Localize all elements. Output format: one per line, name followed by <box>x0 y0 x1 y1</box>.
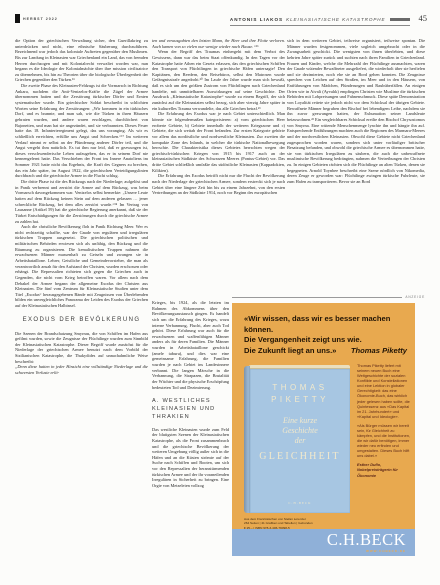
divider-line <box>232 297 402 298</box>
running-head-rule: ANTONIS LIAKOS KLEINASIATISCHE KATASTROP… <box>230 17 410 26</box>
paragraph: Krieges, bis 1924, als die letzten im Ra… <box>152 300 229 390</box>
book-author: THOMAS PIKETTY <box>250 382 350 407</box>
text-column-left: die Option der griechischen Verwaltung s… <box>15 38 148 555</box>
paragraph: Die Erfahrung des Exodus betrifft nicht … <box>152 173 285 196</box>
paragraph: EXODUS DER BEVÖLKERUNG <box>15 317 148 325</box>
text-column-right: sich in dem weiteren Gebiet, teilweise o… <box>287 38 425 299</box>
anzeige-divider: ANZEIGE <box>232 295 425 299</box>
book-cover: THOMAS PIKETTY Eine kurze Geschichte der… <box>244 365 350 513</box>
ad-quote-line: «Wir wissen, dass wir es besser machen k… <box>244 314 407 335</box>
paragraph: sich in dem weiteren Gebiet, teilweise o… <box>287 38 425 185</box>
publisher-logo: C.H.BECK <box>327 532 406 549</box>
header-issue: HERBST 2022 <box>15 14 58 23</box>
ad-quote-line: Die Vergangenheit zeigt uns wie. <box>244 335 407 346</box>
paragraph: Die Erfahrung des Exodus war je nach Geb… <box>152 111 285 173</box>
paragraph: Die zweite Phase des Kleinasien-Feldzugs… <box>15 83 148 179</box>
ad-body-text: Thomas Piketty liefert mit seinem neuen … <box>357 363 410 498</box>
article-title: KLEINASIATISCHE KATASTROPHE <box>286 17 385 22</box>
paragraph: ten und verausgabten den letzten Mann, i… <box>152 38 285 49</box>
ad-paragraph: «Als Bürger müssen wir bereit sein, für … <box>357 423 410 459</box>
author-name: ANTONIS LIAKOS <box>230 17 283 22</box>
running-head: ANTONIS LIAKOS KLEINASIATISCHE KATASTROP… <box>230 13 427 26</box>
paragraph: Das westliche Kleinasien wurde zum Feld … <box>152 427 229 489</box>
book-advertisement: «Wir wissen, dass wir es besser machen k… <box>232 303 415 556</box>
book-publisher-small: C.H.BECK <box>250 501 350 505</box>
book-title-caps: GLEICHHEIT <box>250 451 350 462</box>
paragraph: Die dritte Phase ist die des Rückzugs na… <box>15 179 148 224</box>
ad-quote-line: Die Zukunft liegt an uns.» <box>244 346 336 357</box>
text-column-middle-narrow: Krieges, bis 1924, als die letzten im Ra… <box>152 300 229 556</box>
paragraph: Auch die christliche Bevölkerung floh in… <box>15 224 148 309</box>
paragraph: A. WESTLICHES KLEINASIEN UND THRAKIEN <box>152 397 229 421</box>
publisher-band: C.H.BECK WWW.CHBECK.DE <box>232 529 415 556</box>
paragraph: Die Szenen der Brandschatzung Smyrnas, d… <box>15 331 148 365</box>
paragraph: „Denn diese hatten in jeder Hinsicht ein… <box>15 364 148 375</box>
paragraph: die Option der griechischen Verwaltung s… <box>15 38 148 83</box>
ad-quote-attribution: Thomas Piketty <box>351 346 407 357</box>
anzeige-label: ANZEIGE <box>405 295 425 299</box>
book-title-italic: Eine kurze Geschichte der <box>250 416 350 446</box>
issue-label: HERBST 2022 <box>23 17 58 21</box>
header-dash <box>390 18 410 20</box>
paragraph: Wenn der Begriff des Traumas einhergeht … <box>152 49 285 111</box>
publisher-url: WWW.CHBECK.DE <box>366 549 406 553</box>
publisher-mark-icon <box>15 14 20 23</box>
text-column-middle: ten und verausgabten den letzten Mann, i… <box>152 38 285 300</box>
magazine-page: HERBST 2022 ANTONIS LIAKOS KLEINASIATISC… <box>0 0 440 585</box>
ad-paragraph: Esther Duflo, Nobelpreisträgerin für Öko… <box>357 462 410 477</box>
page-number: 45 <box>419 13 428 23</box>
ad-paragraph: Thomas Piketty liefert mit seinem neuen … <box>357 363 410 419</box>
ad-quote: «Wir wissen, dass wir es besser machen k… <box>244 314 407 357</box>
